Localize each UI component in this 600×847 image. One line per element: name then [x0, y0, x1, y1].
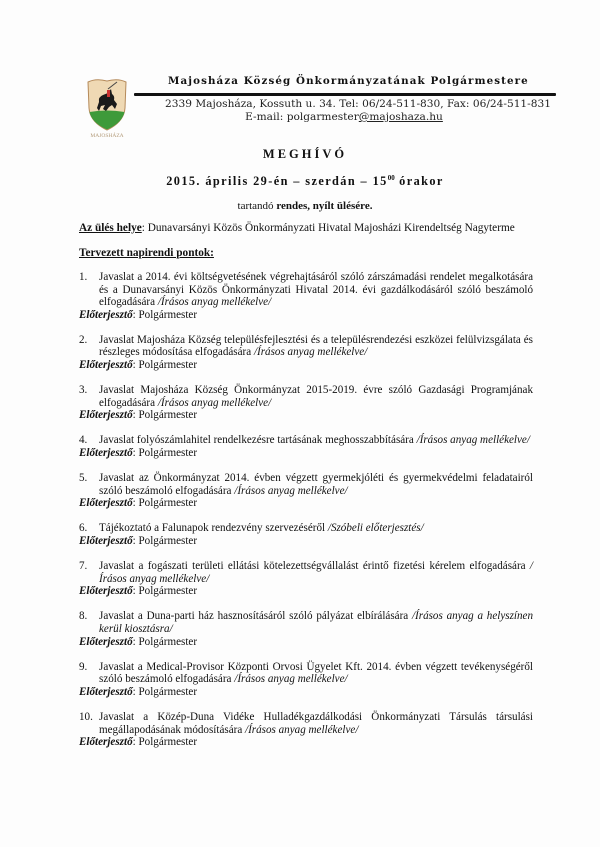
agenda-item-note: /Írásos anyag mellékelve/ — [417, 434, 530, 446]
agenda-item-text: Tájékoztató a Falunapok rendezvény szerv… — [99, 522, 533, 535]
agenda-item-row: 1.Javaslat a 2014. évi költségvetésének … — [79, 271, 533, 309]
agenda-item-note: /Írásos anyag mellékelve/ — [234, 673, 347, 685]
agenda-item-row: 2.Javaslat Majosháza Község településfej… — [79, 334, 533, 359]
agenda-item-text: Javaslat Majosháza Község településfejle… — [99, 334, 533, 359]
agenda-item-number: 5. — [79, 472, 99, 497]
meeting-type: tartandó rendes, nyílt ülésére. — [0, 200, 600, 212]
agenda-item: 5.Javaslat az Önkormányzat 2014. évben v… — [79, 472, 533, 510]
agenda-item-number: 2. — [79, 334, 99, 359]
document-page: MAJOSHÁZA Majosháza Község Önkormányzatá… — [0, 0, 600, 847]
agenda-item-description: Javaslat a Duna-parti ház hasznosításáró… — [99, 610, 412, 622]
agenda-item: 6.Tájékoztató a Falunapok rendezvény sze… — [79, 522, 533, 547]
agenda-item-row: 9.Javaslat a Medical-Provisor Központi O… — [79, 661, 533, 686]
agenda-item: 2.Javaslat Majosháza Község településfej… — [79, 334, 533, 372]
agenda-item-presenter: Előterjesztő: Polgármester — [79, 447, 533, 460]
contact-address: 2339 Majosháza, Kossuth u. 34. Tel: 06/2… — [140, 98, 576, 110]
agenda-item-text: Javaslat a Közép-Duna Vidéke Hulladékgaz… — [99, 711, 533, 736]
agenda-item-presenter: Előterjesztő: Polgármester — [79, 535, 533, 548]
agenda-heading: Tervezett napirendi pontok: — [79, 247, 214, 259]
contact-email: E-mail: polgarmester@majoshaza.hu — [140, 111, 548, 123]
agenda-item-row: 10.Javaslat a Közép-Duna Vidéke Hulladék… — [79, 711, 533, 736]
presenter-name: : Polgármester — [133, 585, 197, 597]
agenda-item-text: Javaslat az Önkormányzat 2014. évben vég… — [99, 472, 533, 497]
meeting-venue: Az ülés helye: Dunavarsányi Közös Önkorm… — [79, 222, 515, 234]
agenda-item-description: Tájékoztató a Falunapok rendezvény szerv… — [99, 522, 328, 534]
agenda-item-note: /Írásos anyag mellékelve/ — [234, 485, 347, 497]
agenda-item-row: 5.Javaslat az Önkormányzat 2014. évben v… — [79, 472, 533, 497]
presenter-label: Előterjesztő — [79, 309, 133, 321]
presenter-label: Előterjesztő — [79, 636, 133, 648]
agenda-item: 1.Javaslat a 2014. évi költségvetésének … — [79, 271, 533, 321]
agenda-item-text: Javaslat Majosháza Község Önkormányzat 2… — [99, 384, 533, 409]
agenda-item-text: Javaslat a fogászati területi ellátási k… — [99, 560, 533, 585]
presenter-label: Előterjesztő — [79, 359, 133, 371]
agenda-item-presenter: Előterjesztő: Polgármester — [79, 497, 533, 510]
agenda-item-row: 7.Javaslat a fogászati területi ellátási… — [79, 560, 533, 585]
organization-name: Majosháza Község Önkormányzatának Polgár… — [168, 75, 529, 87]
agenda-item: 4.Javaslat folyószámlahitel rendelkezésr… — [79, 434, 533, 459]
agenda-item-description: Javaslat a fogászati területi ellátási k… — [99, 560, 530, 572]
presenter-name: : Polgármester — [133, 359, 197, 371]
meeting-time-minutes: 00 — [388, 174, 395, 182]
email-link[interactable]: @majoshaza.hu — [359, 111, 443, 123]
agenda-item-presenter: Előterjesztő: Polgármester — [79, 409, 533, 422]
meeting-type-prefix: tartandó — [238, 200, 277, 212]
meeting-date: 2015. április 29-én – szerdán – 1500 óra… — [0, 174, 600, 189]
agenda-item-note: /Írásos anyag mellékelve/ — [158, 397, 271, 409]
agenda-item-row: 4.Javaslat folyószámlahitel rendelkezésr… — [79, 434, 533, 447]
presenter-name: : Polgármester — [133, 736, 197, 748]
agenda-list: 1.Javaslat a 2014. évi költségvetésének … — [79, 271, 533, 761]
venue-value: : Dunavarsányi Közös Önkormányzati Hivat… — [142, 222, 515, 234]
presenter-name: : Polgármester — [133, 447, 197, 459]
agenda-item: 9.Javaslat a Medical-Provisor Központi O… — [79, 661, 533, 699]
agenda-item-number: 3. — [79, 384, 99, 409]
agenda-item-note: /Írásos anyag mellékelve/ — [254, 346, 367, 358]
agenda-item-note: /Írásos anyag mellékelve/ — [158, 296, 271, 308]
presenter-name: : Polgármester — [133, 309, 197, 321]
agenda-item: 7.Javaslat a fogászati területi ellátási… — [79, 560, 533, 598]
presenter-label: Előterjesztő — [79, 736, 133, 748]
agenda-item-text: Javaslat a 2014. évi költségvetésének vé… — [99, 271, 533, 309]
agenda-item-presenter: Előterjesztő: Polgármester — [79, 585, 533, 598]
agenda-item: 8.Javaslat a Duna-parti ház hasznosításá… — [79, 610, 533, 648]
presenter-label: Előterjesztő — [79, 686, 133, 698]
agenda-item-number: 10. — [79, 711, 99, 736]
agenda-item-presenter: Előterjesztő: Polgármester — [79, 359, 533, 372]
venue-label: Az ülés helye — [79, 222, 142, 234]
agenda-item-presenter: Előterjesztő: Polgármester — [79, 686, 533, 699]
agenda-item-row: 3.Javaslat Majosháza Község Önkormányzat… — [79, 384, 533, 409]
meeting-type-bold: rendes, nyílt ülésére. — [276, 200, 372, 212]
agenda-item-number: 8. — [79, 610, 99, 635]
email-label: E-mail: polgarmester — [245, 111, 359, 123]
presenter-name: : Polgármester — [133, 409, 197, 421]
header-divider — [134, 93, 556, 96]
presenter-name: : Polgármester — [133, 535, 197, 547]
agenda-item-description: Javaslat folyószámlahitel rendelkezésre … — [99, 434, 417, 446]
agenda-item-text: Javaslat a Medical-Provisor Központi Orv… — [99, 661, 533, 686]
agenda-item-number: 9. — [79, 661, 99, 686]
coat-of-arms-icon: MAJOSHÁZA — [84, 76, 130, 138]
agenda-item: 3.Javaslat Majosháza Község Önkormányzat… — [79, 384, 533, 422]
presenter-name: : Polgármester — [133, 497, 197, 509]
agenda-item-number: 7. — [79, 560, 99, 585]
presenter-label: Előterjesztő — [79, 535, 133, 547]
agenda-item-note: /Szóbeli előterjesztés/ — [328, 522, 424, 534]
agenda-item-number: 1. — [79, 271, 99, 309]
presenter-name: : Polgármester — [133, 686, 197, 698]
meeting-date-suffix: órakor — [395, 174, 444, 188]
agenda-item-presenter: Előterjesztő: Polgármester — [79, 636, 533, 649]
agenda-item-note: /Írásos anyag mellékelve/ — [245, 724, 358, 736]
document-title: MEGHÍVÓ — [0, 147, 600, 162]
agenda-item-presenter: Előterjesztő: Polgármester — [79, 736, 533, 749]
agenda-item-number: 4. — [79, 434, 99, 447]
presenter-label: Előterjesztő — [79, 447, 133, 459]
agenda-item-number: 6. — [79, 522, 99, 535]
agenda-item-row: 6.Tájékoztató a Falunapok rendezvény sze… — [79, 522, 533, 535]
agenda-item-text: Javaslat folyószámlahitel rendelkezésre … — [99, 434, 533, 447]
agenda-item-presenter: Előterjesztő: Polgármester — [79, 309, 533, 322]
agenda-item: 10.Javaslat a Közép-Duna Vidéke Hulladék… — [79, 711, 533, 749]
meeting-date-main: 2015. április 29-én – szerdán – 15 — [166, 174, 387, 188]
presenter-name: : Polgármester — [133, 636, 197, 648]
presenter-label: Előterjesztő — [79, 497, 133, 509]
presenter-label: Előterjesztő — [79, 585, 133, 597]
agenda-item-row: 8.Javaslat a Duna-parti ház hasznosításá… — [79, 610, 533, 635]
svg-text:MAJOSHÁZA: MAJOSHÁZA — [90, 131, 123, 138]
presenter-label: Előterjesztő — [79, 409, 133, 421]
agenda-item-text: Javaslat a Duna-parti ház hasznosításáró… — [99, 610, 533, 635]
